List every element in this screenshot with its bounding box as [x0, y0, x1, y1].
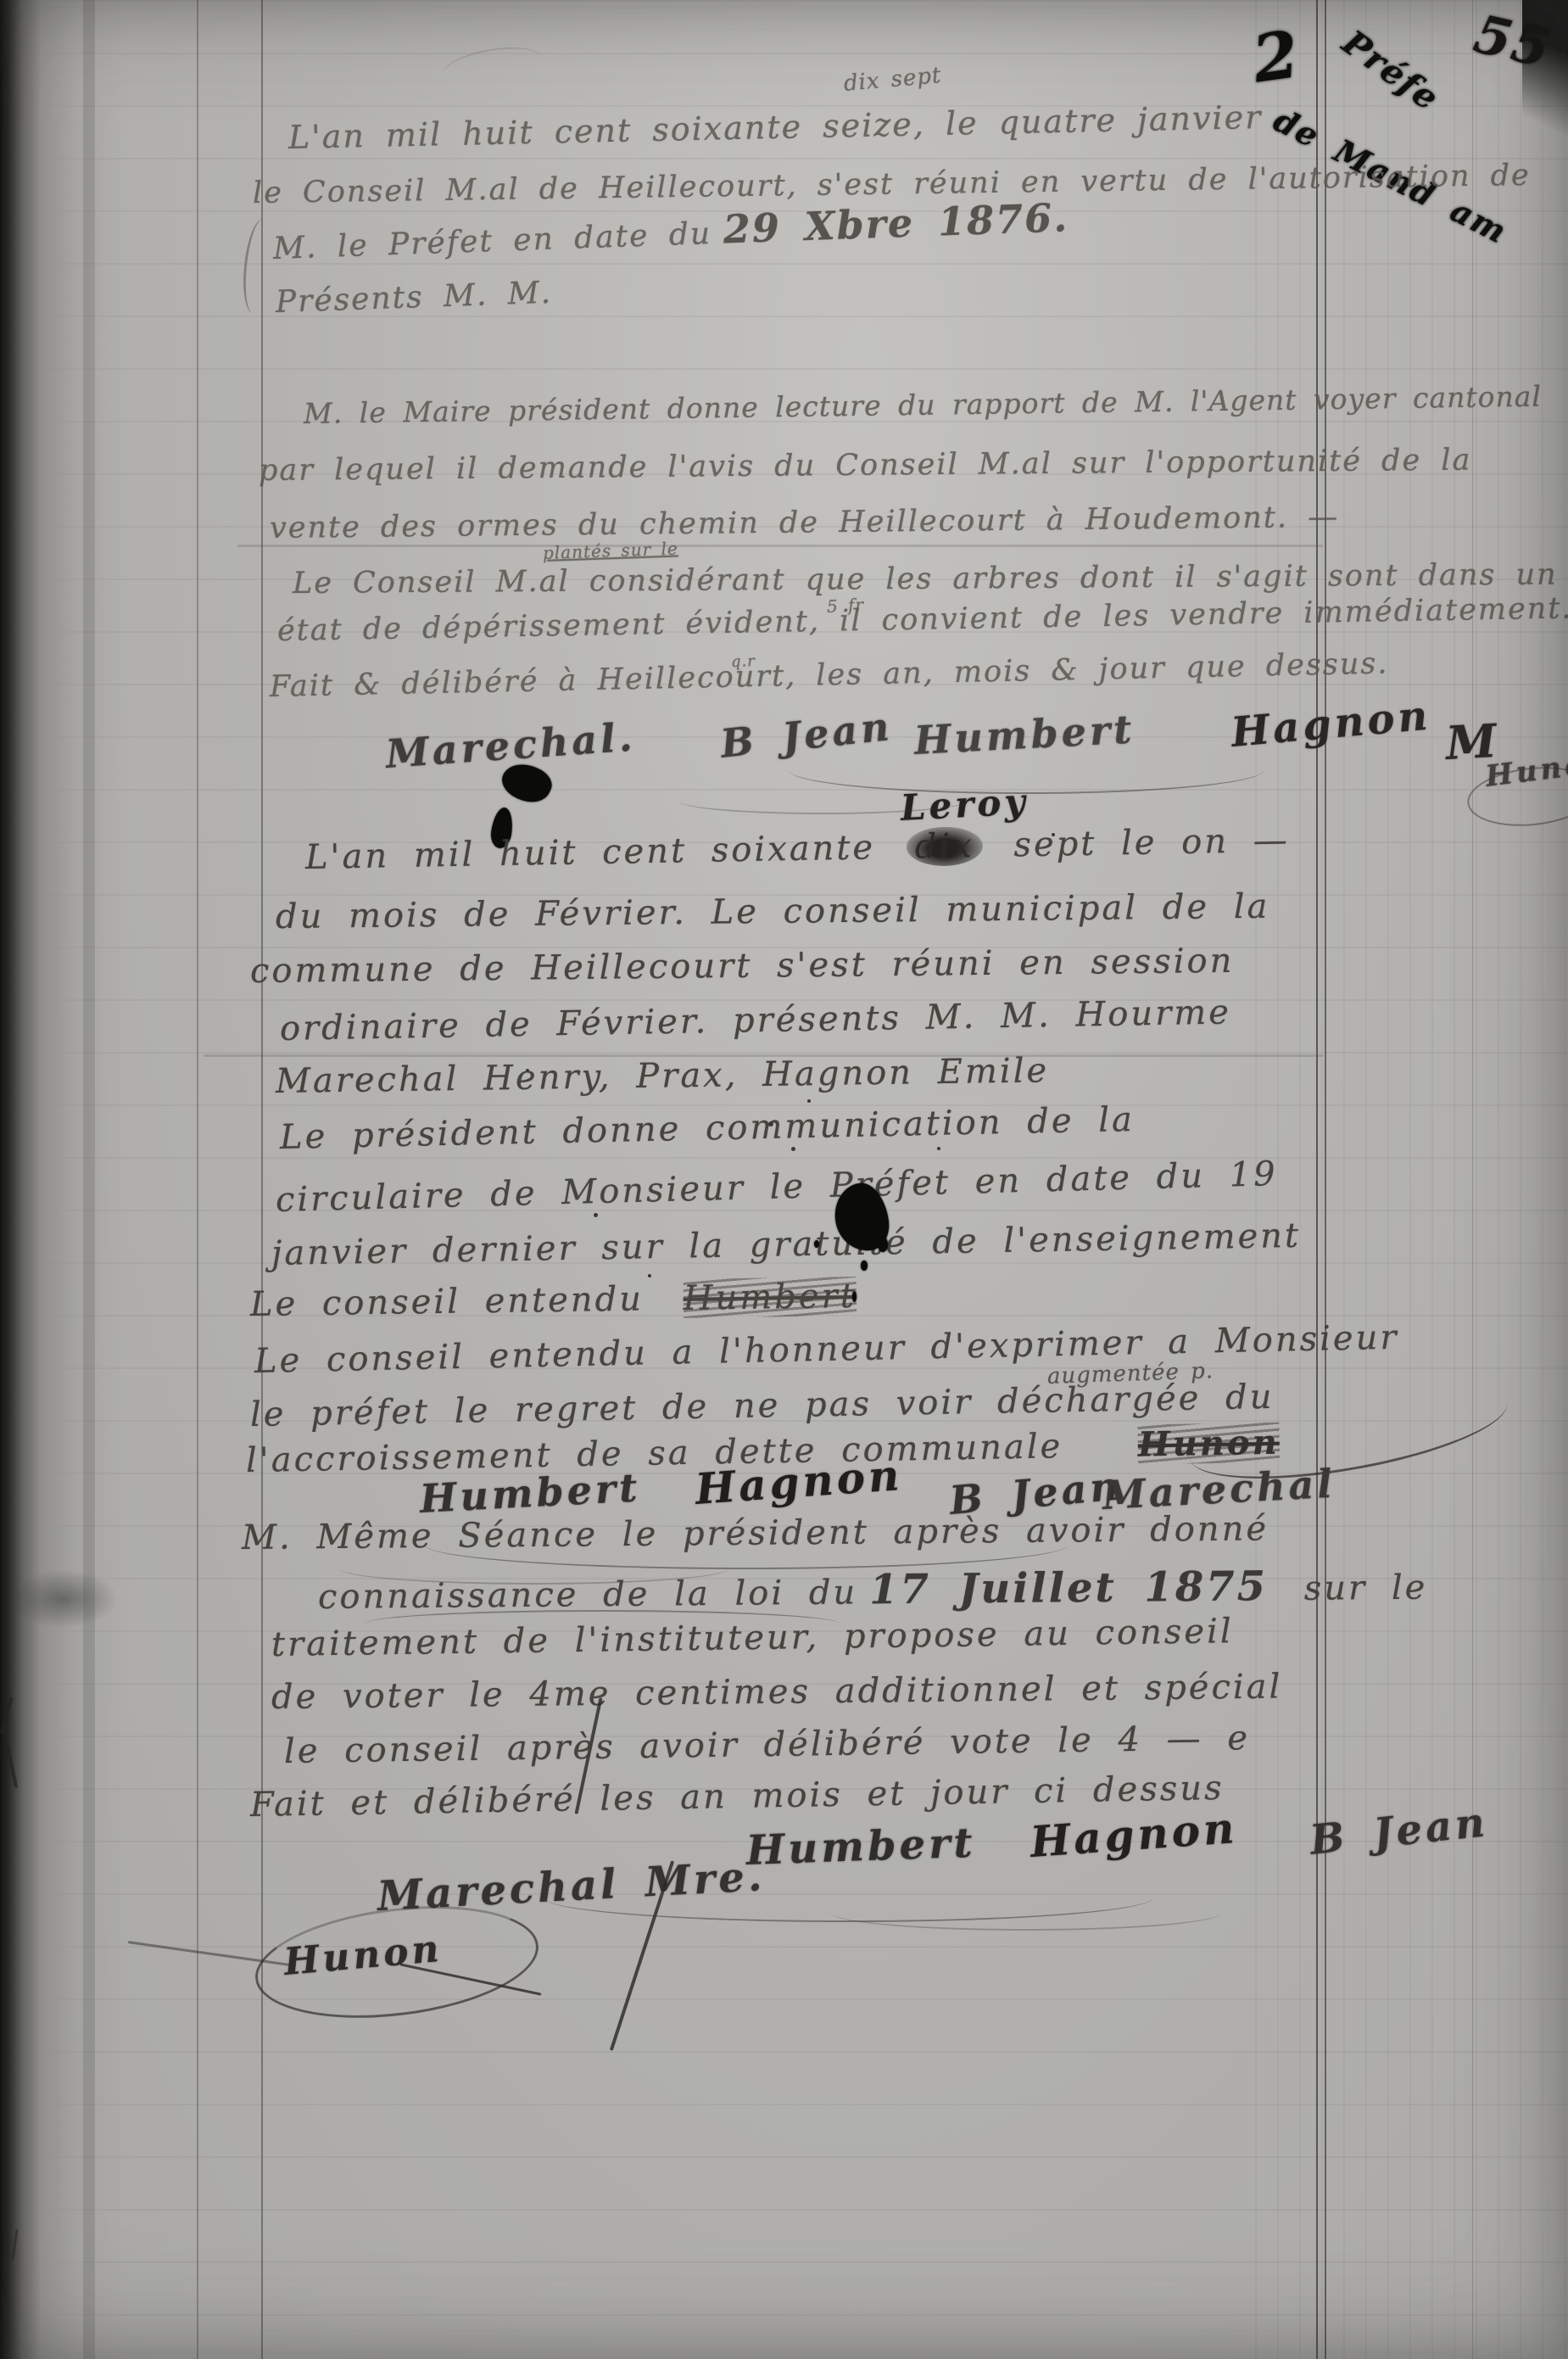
manuscript-line: Marechal Henry, Prax, Hagnon Emile — [276, 1051, 1050, 1101]
interline-insert: plantés sur le — [543, 538, 679, 563]
manuscript-line: connaissance de la loi du17 Juillet 1875… — [318, 1562, 1428, 1618]
manuscript-line: ordinaire de Février. présents M. M. Hou… — [280, 992, 1232, 1048]
margin-rule-left-inner — [261, 0, 263, 2359]
line-text: M. le Préfet en date du — [272, 216, 711, 266]
binding-shadow-left — [0, 0, 127, 2359]
date-mention: 29 Xbre 1876. — [723, 194, 1069, 252]
margin-rule-right-faint — [1472, 0, 1473, 2359]
ink-speck — [648, 1274, 651, 1277]
big-paren — [239, 218, 277, 316]
ink-speck — [594, 1213, 598, 1217]
ink-drip — [878, 1237, 888, 1252]
line-text: sept le on — — [1013, 821, 1290, 865]
ink-drip — [861, 1261, 868, 1271]
manuscript-line: Le conseil entendu a l'honneur d'exprime… — [254, 1318, 1399, 1381]
margin-rule-left-outer — [197, 0, 198, 2359]
ink-drip — [852, 1291, 857, 1302]
struck-word: Humbert — [683, 1277, 857, 1318]
ink-drip — [814, 1240, 819, 1248]
ink-speck — [807, 1099, 811, 1103]
manuscript-line: M. Même Séance le président après avoir … — [242, 1509, 1269, 1557]
line-text: sur le — [1304, 1568, 1428, 1608]
manuscript-line: Présents M. M. — [275, 276, 552, 320]
date-mention: 17 Juillet 1875 — [869, 1562, 1268, 1613]
signature-flourish — [831, 1895, 1221, 1931]
paper-crease — [237, 545, 1323, 547]
manuscript-line: du mois de Février. Le conseil municipal… — [276, 887, 1270, 936]
manuscript-line: Fait & délibéré à Heillecourt, les an, m… — [270, 646, 1389, 704]
manuscript-line: L'an mil huit cent soixante seize, le qu… — [288, 98, 1263, 156]
interline-insert: dix sept — [843, 63, 943, 97]
edge-smudge — [8, 1569, 119, 1629]
manuscript-line: Le président donne communication de la — [280, 1100, 1136, 1157]
line-text: l'accroissement de sa dette communale — [246, 1427, 1063, 1480]
manuscript-line: commune de Heillecourt s'est réuni en se… — [250, 942, 1235, 991]
pen-flourish — [438, 41, 544, 93]
signature-flourish — [678, 787, 967, 814]
manuscript-line: L'an mil huit cent soixante dix sept le … — [305, 821, 1291, 877]
margin-rule-right-double — [1316, 0, 1326, 2359]
manuscript-line: Le conseil entendu Humbert — [250, 1277, 857, 1324]
manuscript-page: 55 2 Préfe de Mand am dix sept L'an mil … — [0, 0, 1568, 2359]
line-text: L'an mil huit cent soixante — [305, 828, 876, 877]
struck-word: dix — [906, 826, 983, 867]
manuscript-line: le conseil après avoir délibéré vote le … — [284, 1719, 1251, 1771]
signature: Hagnon — [1029, 1803, 1239, 1867]
signature: Humbert — [745, 1820, 976, 1875]
manuscript-line: janvier dernier sur la gratuité de l'ens… — [271, 1216, 1302, 1273]
line-text: Le conseil entendu — [250, 1280, 644, 1324]
manuscript-line: vente des ormes du chemin de Heillecourt… — [270, 500, 1340, 545]
manuscript-line: circulaire de Monsieur le Préfet en date… — [275, 1154, 1278, 1220]
laid-paper-texture — [1255, 0, 1568, 2359]
ink-speck — [791, 1147, 795, 1151]
inner-gutter-shade — [83, 0, 95, 2359]
interline-insert: 5 fr — [826, 595, 864, 617]
manuscript-line: de voter le 4me centimes additionnel et … — [271, 1668, 1283, 1717]
ink-speck — [937, 1147, 940, 1150]
